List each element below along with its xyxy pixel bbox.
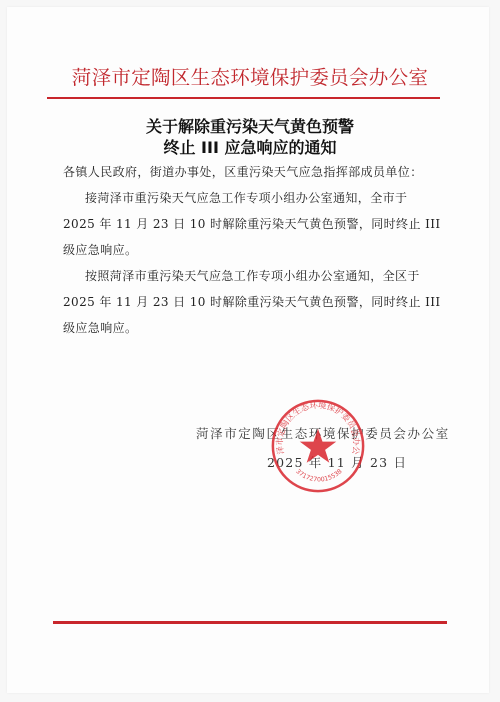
- paragraph2-line3: 级应急响应。: [63, 320, 137, 336]
- official-seal: 菏泽市定陶区生态环境保护委员会办公室 3717270015538: [270, 398, 366, 494]
- footer-red-rule: [53, 621, 447, 624]
- paragraph2-line1: 按照菏泽市重污染天气应急工作专项小组办公室通知，全区于: [85, 268, 420, 284]
- document-page: [7, 7, 489, 693]
- paragraph1-line3: 级应急响应。: [63, 242, 137, 258]
- paragraph1-line1: 接菏泽市重污染天气应急工作专项小组办公室通知，全市于: [85, 190, 407, 206]
- org-header: 菏泽市定陶区生态环境保护委员会办公室: [0, 66, 500, 90]
- seal-code: 3717270015538: [294, 468, 343, 483]
- paragraph1-line2: 2025 年 11 月 23 日 10 时解除重污染天气黄色预警，同时终止 II…: [63, 216, 441, 232]
- header-red-rule: [47, 97, 440, 99]
- salutation: 各镇人民政府，街道办事处，区重污染天气应急指挥部成员单位：: [63, 164, 423, 180]
- document-title-line1: 关于解除重污染天气黄色预警: [0, 117, 500, 137]
- star-icon: [300, 429, 336, 463]
- document-title-line2: 终止 III 应急响应的通知: [0, 138, 500, 158]
- paragraph2-line2: 2025 年 11 月 23 日 10 时解除重污染天气黄色预警，同时终止 II…: [63, 294, 441, 310]
